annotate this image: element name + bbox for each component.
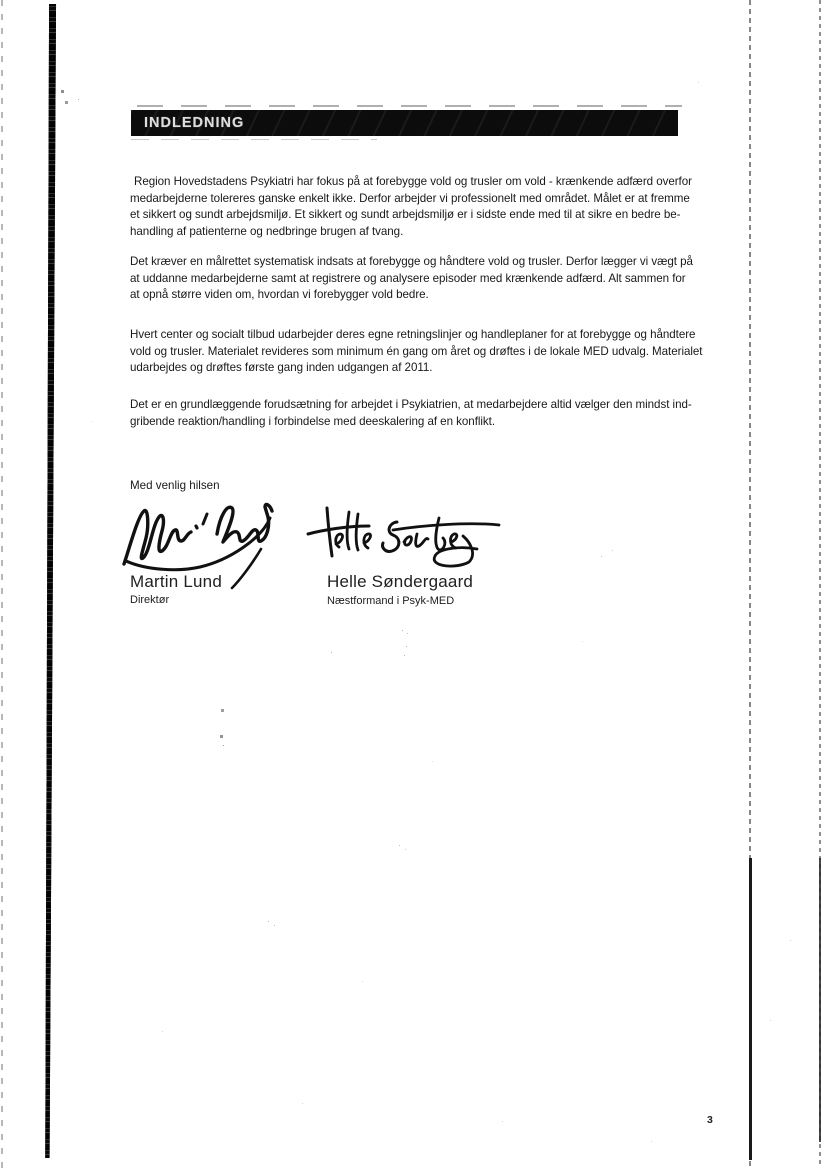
scanned-document-page: INDLEDNING Region Hovedstadens Psykiatri… bbox=[0, 0, 825, 1168]
binding-shadow-band bbox=[45, 4, 57, 1158]
paragraph-line: vold og trusler. Materialet revideres so… bbox=[130, 344, 690, 361]
paragraph-line: medarbejderne tolereres ganske enkelt ik… bbox=[130, 191, 690, 208]
paragraph-line: Region Hovedstadens Psykiatri har fokus … bbox=[130, 174, 690, 191]
scan-edge-dotted-line bbox=[1, 0, 3, 1168]
paragraph-line: handling af patienterne og nedbringe bru… bbox=[130, 224, 690, 241]
paragraph-line: et sikkert og sundt arbejdsmiljø. Et sik… bbox=[130, 207, 690, 224]
signatory-name: Helle Søndergaard bbox=[327, 572, 473, 592]
paragraph-line: at uddanne medarbejderne samt at registr… bbox=[130, 271, 690, 288]
paragraph-line: Det er en grundlæggende forudsætning for… bbox=[130, 397, 690, 414]
paragraph: Region Hovedstadens Psykiatri har fokus … bbox=[130, 174, 690, 240]
paragraph-line: udarbejdes og drøftes første gang inden … bbox=[130, 360, 690, 377]
section-header-bar: INDLEDNING bbox=[131, 110, 678, 136]
paragraph: Det er en grundlæggende forudsætning for… bbox=[130, 397, 690, 430]
salutation: Med venlig hilsen bbox=[130, 479, 220, 492]
signatory-name: Martin Lund bbox=[130, 572, 222, 592]
signatory-title: Næstformand i Psyk-MED bbox=[327, 595, 454, 607]
paragraph-line: gribende reaktion/handling i forbindelse… bbox=[130, 414, 690, 431]
scan-noise-speckles bbox=[0, 0, 1, 1]
section-title: INDLEDNING bbox=[131, 115, 244, 131]
paragraph: Hvert center og socialt tilbud udarbejde… bbox=[130, 327, 690, 377]
paragraph-line: at opnå større viden om, hvordan vi fore… bbox=[130, 287, 690, 304]
paragraph: Det kræver en målrettet systematisk inds… bbox=[130, 254, 690, 304]
paragraph-line: Det kræver en målrettet systematisk inds… bbox=[130, 254, 690, 271]
signature-helle-sondergaard-icon bbox=[303, 496, 508, 576]
scan-fold-line-solid bbox=[749, 858, 752, 1160]
paragraph-line: Hvert center og socialt tilbud udarbejde… bbox=[130, 327, 690, 344]
scan-right-edge-line-solid bbox=[819, 858, 821, 1142]
signatory-title: Direktør bbox=[130, 594, 169, 606]
page-number: 3 bbox=[707, 1114, 713, 1126]
